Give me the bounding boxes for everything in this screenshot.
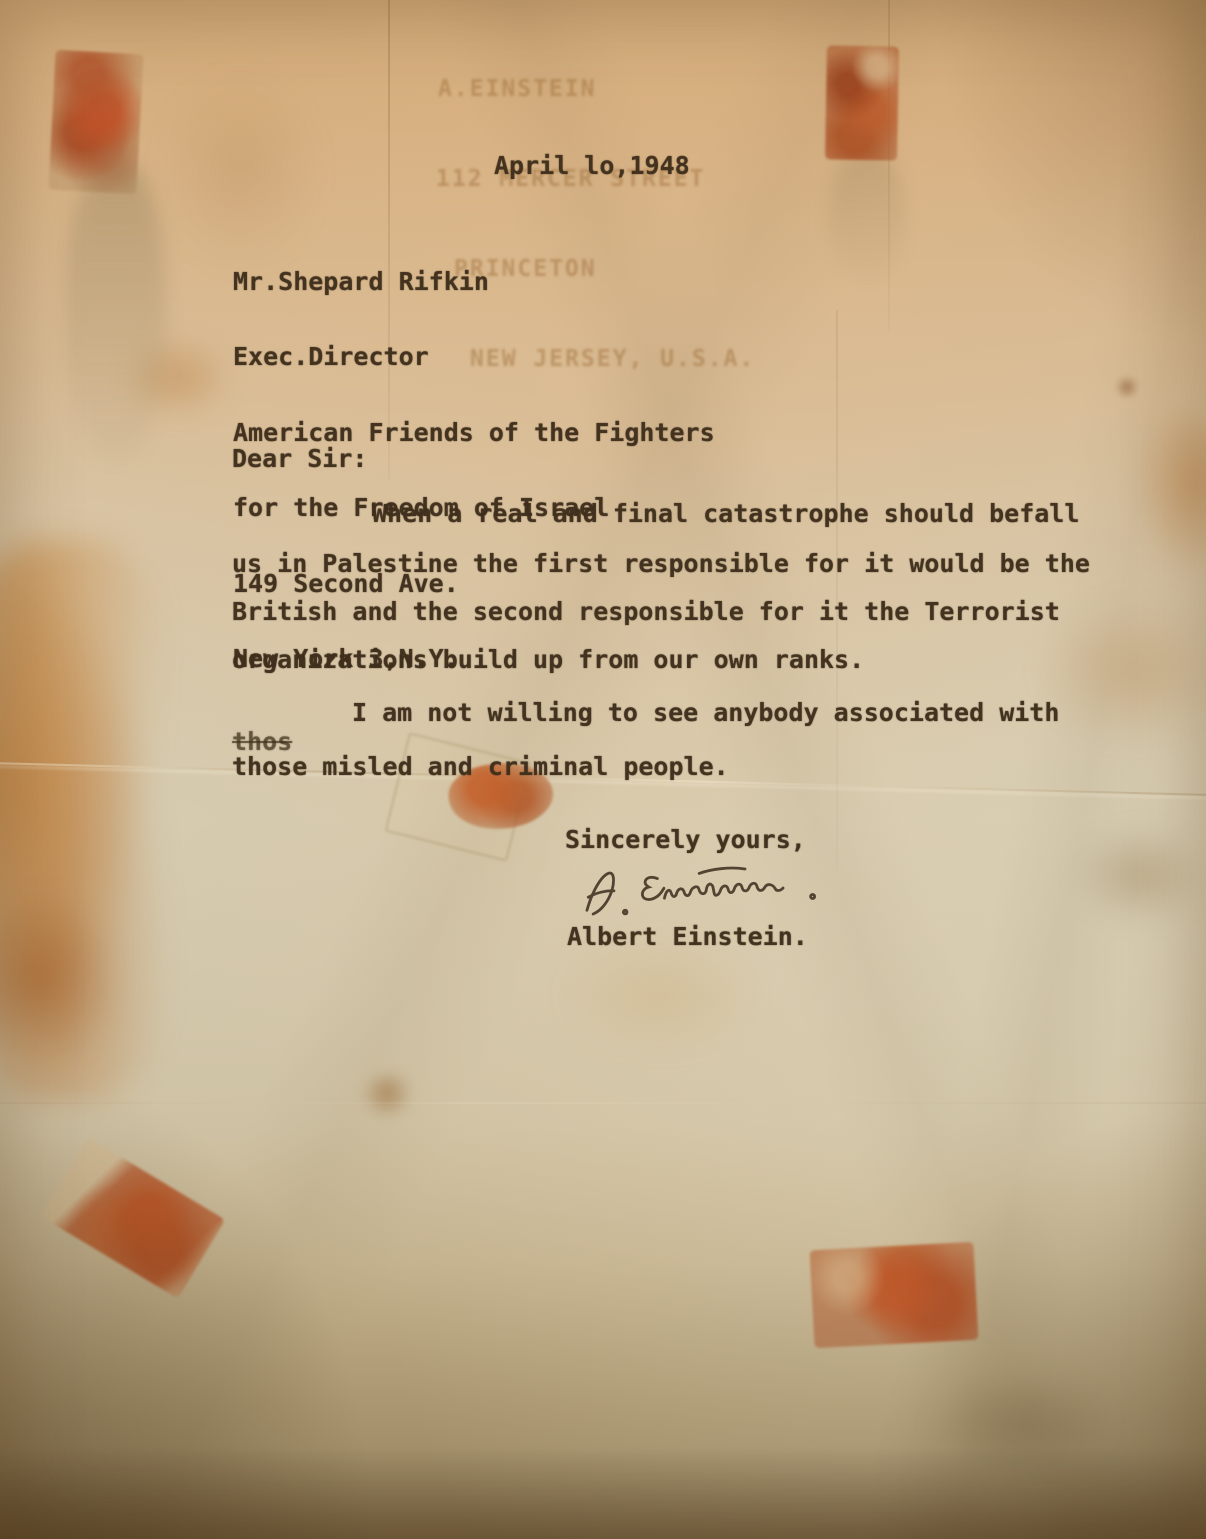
fold-crease [836, 310, 838, 870]
paper-stain [1128, 415, 1206, 585]
paper-stain [118, 330, 238, 425]
body-line: British and the second responsible for i… [232, 599, 1060, 624]
typed-signature-name: Albert Einstein. [567, 924, 808, 949]
body-line: us in Palestine the first responsible fo… [232, 551, 1090, 576]
einstein-signature [571, 851, 844, 927]
fold-crease [0, 1102, 1206, 1104]
closing-line: Sincerely yours, [565, 827, 806, 852]
paper-stain [1065, 820, 1206, 930]
tape-residue [830, 150, 904, 280]
struck-out-word: thos [232, 729, 292, 754]
paper-stain [555, 935, 765, 1055]
body-line: organizations build up from our own rank… [232, 647, 864, 672]
paper-stain [0, 540, 190, 1100]
paper-stain [920, 1365, 1120, 1485]
tape-stain-top-left [48, 50, 143, 194]
paper-stain [362, 1072, 418, 1120]
paper-stain [0, 880, 130, 1080]
letter-photo: A.EINSTEIN 112 MERCER STREET PRINCETON N… [0, 0, 1206, 1539]
recipient-line: Mr.Shepard Rifkin [233, 269, 715, 294]
body-line: When a real and final catastrophe should… [372, 501, 1079, 526]
letterhead-line: A.EINSTEIN [438, 74, 755, 104]
tape-stain-top-right [825, 45, 899, 160]
tape-stain-bottom-left [41, 1137, 226, 1298]
recipient-line: American Friends of the Fighters [233, 420, 715, 445]
recipient-line: Exec.Director [233, 344, 715, 369]
paper-stain [1113, 376, 1141, 398]
date-line: April lo,1948 [494, 153, 690, 178]
body-line: I am not willing to see anybody associat… [352, 700, 1059, 725]
body-line: those misled and criminal people. [232, 754, 729, 779]
tape-residue [66, 160, 166, 460]
fold-crease [888, 0, 890, 330]
tape-stain-bottom-center [810, 1242, 979, 1348]
salutation: Dear Sir: [232, 446, 367, 471]
